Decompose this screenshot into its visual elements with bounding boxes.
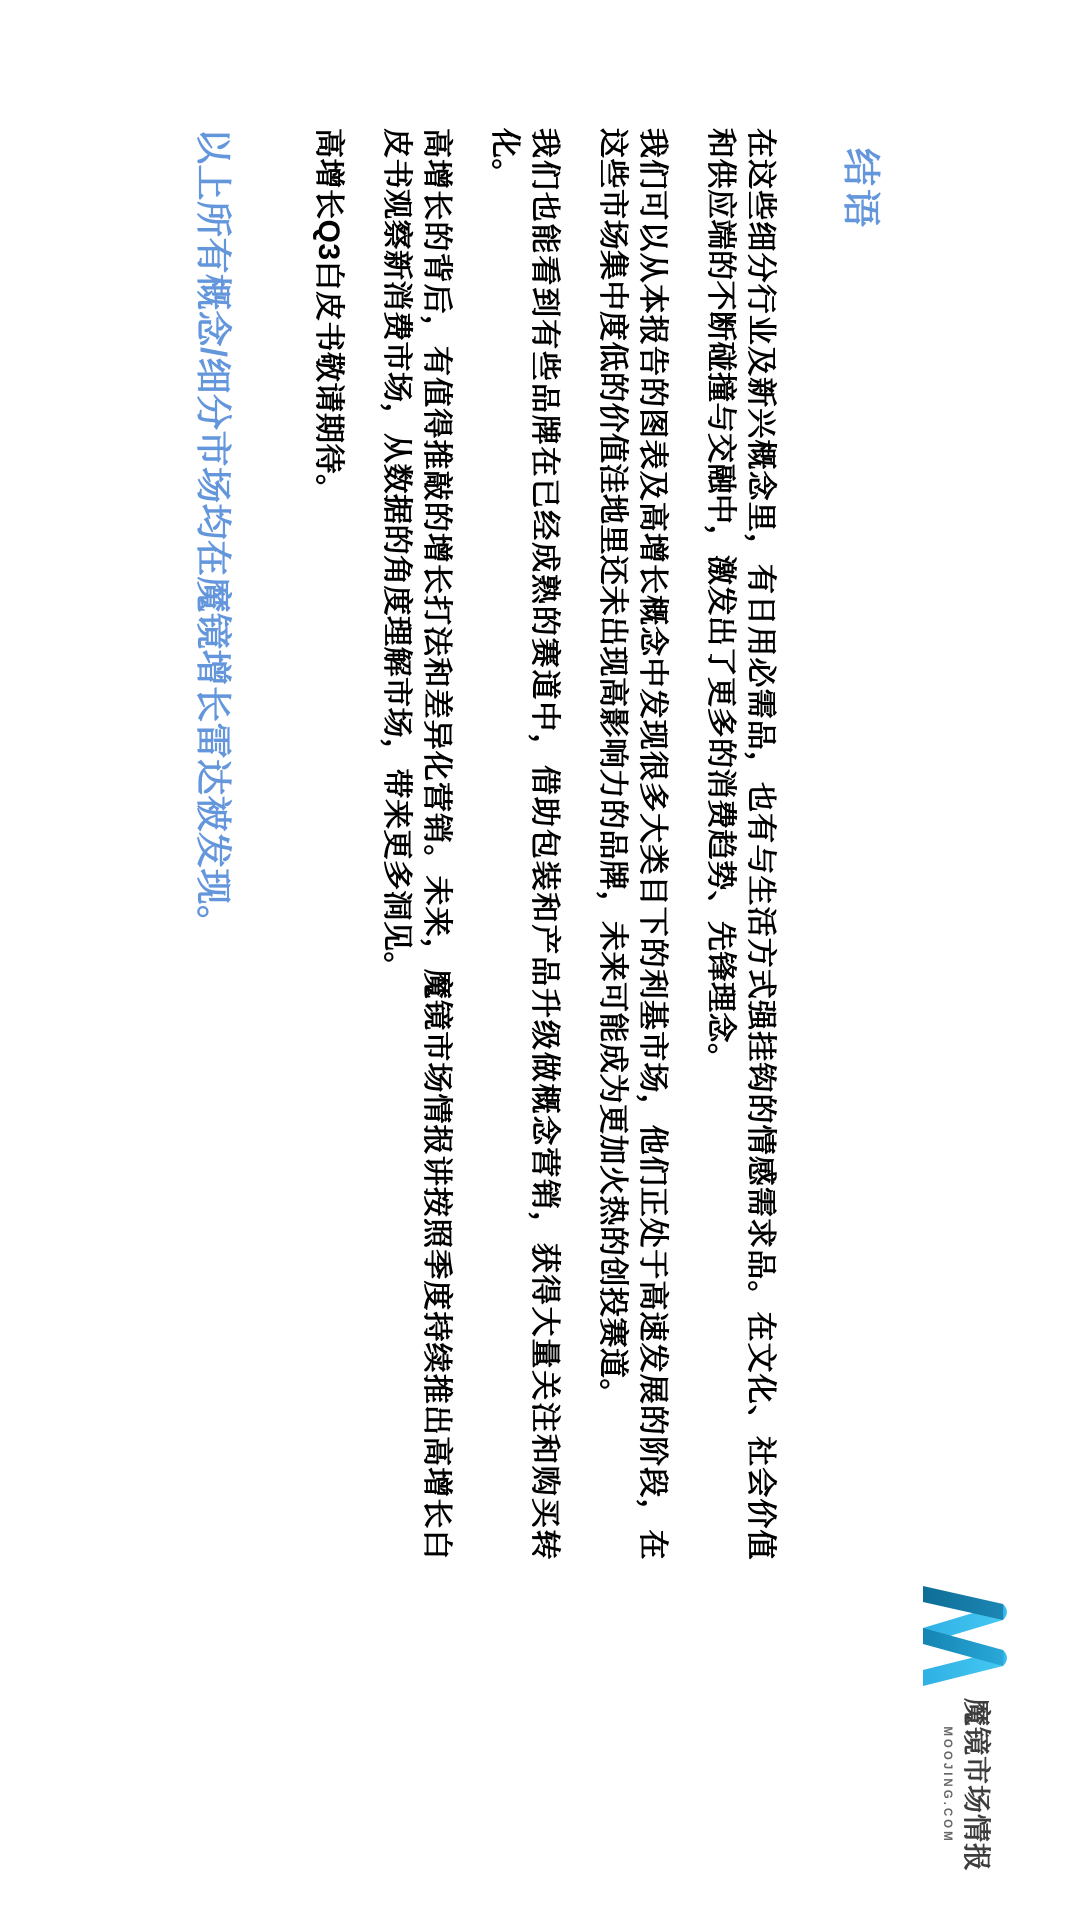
highlight-text: 以上所有概念/细分市场均在魔镜增长雷达被发现。 (191, 128, 235, 942)
page: 结语 在这些细分行业及新兴概念里，有日用必需品，也有与生活方式强挂钩的情感需求品… (0, 0, 1080, 1920)
body-text: 在这些细分行业及新兴概念里，有日用必需品，也有与生活方式强挂钩的情感需求品。在文… (280, 128, 780, 1560)
slide: 结语 在这些细分行业及新兴概念里，有日用必需品，也有与生活方式强挂钩的情感需求品… (0, 0, 1080, 1920)
paragraph: 我们也能看到有些品牌在已经成熟的赛道中，借助包装和产品升级做概念营销，获得大量关… (484, 128, 564, 1560)
m-ribbon-icon (922, 1584, 1012, 1690)
paragraph: 高增长Q3白皮书敬请期待。 (308, 128, 348, 1560)
moojing-logo: 魔镜市场情报 MOOJING.COM (922, 1584, 1012, 1872)
logo-text: 魔镜市场情报 MOOJING.COM (941, 1698, 994, 1872)
logo-domain: MOOJING.COM (941, 1698, 955, 1872)
logo-name-cn: 魔镜市场情报 (960, 1698, 994, 1872)
paragraph: 我们可以从本报告的图表及高增长概念中发现很多大类目下的利基市场，他们正处于高速发… (592, 128, 672, 1560)
paragraph: 高增长的背后，有值得推敲的增长打法和差异化营销。未来，魔镜市场情报讲按照季度持续… (376, 128, 456, 1560)
paragraph: 在这些细分行业及新兴概念里，有日用必需品，也有与生活方式强挂钩的情感需求品。在文… (700, 128, 780, 1560)
page-title: 结语 (836, 148, 882, 230)
